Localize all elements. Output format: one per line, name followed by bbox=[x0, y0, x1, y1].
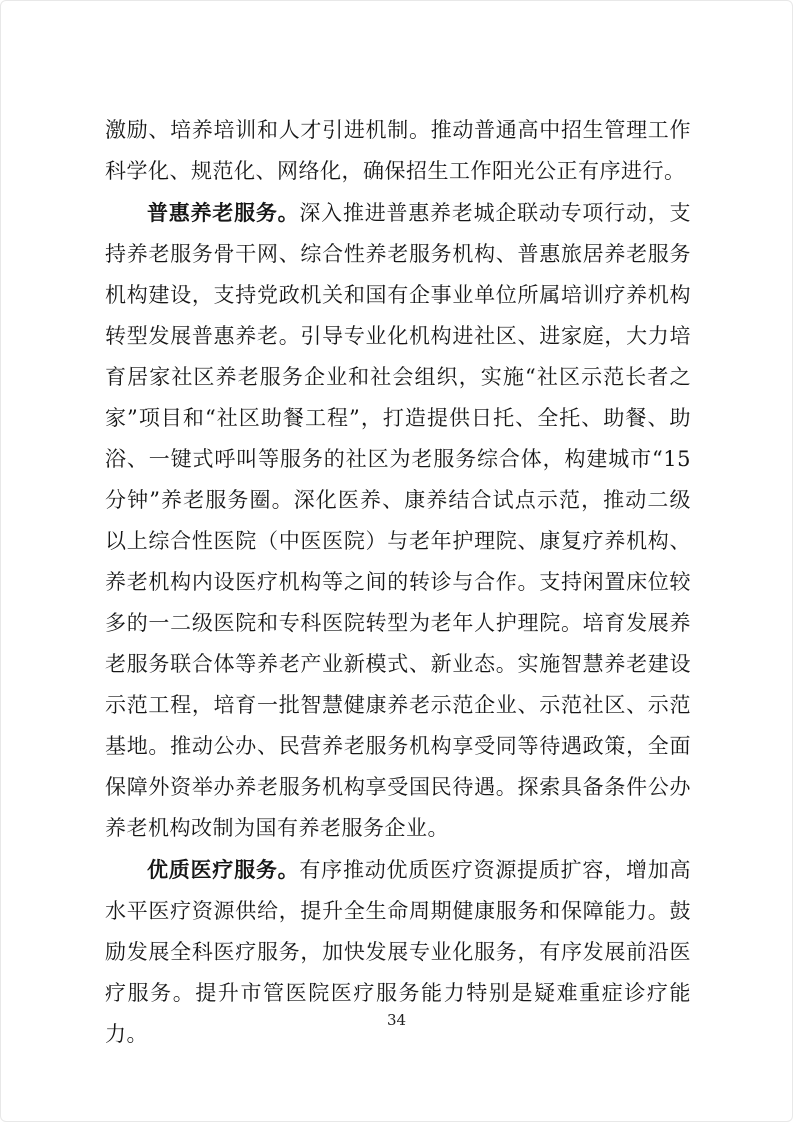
paragraph-body: 激励、培养培训和人才引进机制。推动普通高中招生管理工作科学化、规范化、网络化，确… bbox=[105, 118, 691, 183]
paragraph-lead: 优质医疗服务。 bbox=[147, 857, 299, 882]
paragraph-body: 深入推进普惠养老城企联动专项行动，支持养老服务骨干网、综合性养老服务机构、普惠旅… bbox=[105, 201, 691, 840]
paragraph: 普惠养老服务。深入推进普惠养老城企联动专项行动，支持养老服务骨干网、综合性养老服… bbox=[105, 192, 691, 849]
page-number: 34 bbox=[1, 1009, 792, 1031]
document-page: 激励、培养培训和人才引进机制。推动普通高中招生管理工作科学化、规范化、网络化，确… bbox=[0, 0, 793, 1122]
text-content: 激励、培养培训和人才引进机制。推动普通高中招生管理工作科学化、规范化、网络化，确… bbox=[105, 110, 691, 1055]
paragraph-lead: 普惠养老服务。 bbox=[147, 200, 299, 225]
paragraph-continuation: 激励、培养培训和人才引进机制。推动普通高中招生管理工作科学化、规范化、网络化，确… bbox=[105, 110, 691, 192]
